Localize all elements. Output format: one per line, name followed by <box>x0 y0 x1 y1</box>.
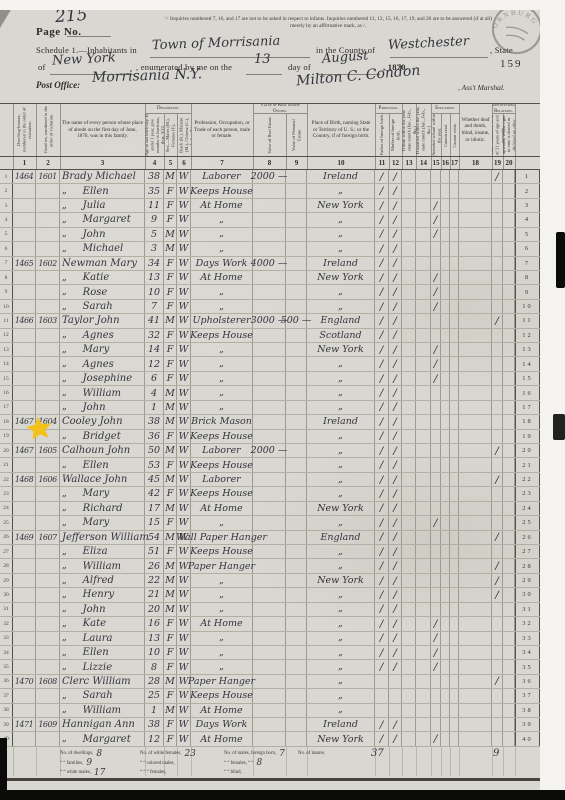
footer-column-line <box>416 747 417 776</box>
column-header-15: Attended school within the year. <box>431 114 441 156</box>
ditto-mark: „ <box>338 547 343 557</box>
cell-cannot-write <box>450 675 459 688</box>
cell-real-estate-value <box>253 502 286 515</box>
table-row: 9„Rose10FW„„///9 <box>0 285 540 299</box>
tick-male-citizen-21 <box>492 502 503 515</box>
footer-total-label: “ “ white males, <box>60 770 91 775</box>
ditto-mark: „ <box>338 604 343 614</box>
row-number-right: 30 <box>515 588 540 601</box>
top-margin <box>0 0 565 10</box>
row-number-right: 28 <box>515 559 540 572</box>
row-number-left: 3 <box>0 199 13 212</box>
cell-occupation: At Home <box>191 199 253 212</box>
cell-real-estate-value <box>253 300 286 313</box>
row-number-left: 8 <box>0 271 13 284</box>
page-no-underline <box>67 36 111 37</box>
cell-family-number: 1607 <box>36 531 60 544</box>
cell-age: 41 <box>145 314 164 327</box>
tick-attended-school <box>431 184 441 197</box>
cell-cannot-write <box>450 343 459 356</box>
cell-personal-estate-value <box>286 646 307 659</box>
cell-name: „Sarah <box>60 300 145 313</box>
cell-dwelling-number <box>13 646 36 659</box>
column-header-text: Profession, Occupation, or Trade of each… <box>191 119 253 141</box>
cell-family-number <box>36 271 60 284</box>
surname-ditto-mark: „ <box>62 518 67 528</box>
person-name-text: Jefferson William <box>62 532 149 543</box>
day-of-label: day of <box>288 62 311 72</box>
cell-birthplace: „ <box>307 184 375 197</box>
cell-birthplace: „ <box>307 675 375 688</box>
cell-occupation: At Home <box>191 617 253 630</box>
tick-male-citizen-21 <box>492 199 503 212</box>
cell-birth-month <box>402 329 416 342</box>
tick-male-citizen-21 <box>492 401 503 414</box>
footer-totals-block: No. of males, foreign born,7“ “ females,… <box>224 749 285 778</box>
column-header-8: Value of Real Estate. <box>253 114 286 156</box>
cell-color: W <box>177 314 191 327</box>
footer-total-line: No. of males, foreign born,7 <box>224 749 285 759</box>
cell-birth-month <box>402 458 416 471</box>
cell-occupation: „ <box>191 300 253 313</box>
cell-birthplace: „ <box>307 357 375 370</box>
cell-cannot-write <box>450 329 459 342</box>
ditto-mark: „ <box>338 705 343 715</box>
cell-personal-estate-value <box>286 415 307 428</box>
person-name-text: Ellen <box>83 647 109 658</box>
tick-mother-foreign-born: / <box>389 430 402 443</box>
row-number-left: 18 <box>0 415 13 428</box>
cell-age: 1 <box>145 704 164 717</box>
cell-birthplace: „ <box>307 458 375 471</box>
cell-cannot-write <box>450 170 459 183</box>
post-office-label: Post Office: <box>36 80 80 90</box>
ditto-mark: „ <box>219 662 224 672</box>
ditto-mark: „ <box>338 489 343 499</box>
row-number-right: 21 <box>515 458 540 471</box>
ditto-mark: „ <box>338 229 343 239</box>
cell-sex: F <box>164 213 177 226</box>
cell-family-number <box>36 603 60 616</box>
footer-male-citizens-total: 9 <box>493 748 499 759</box>
cell-age: 4 <box>145 386 164 399</box>
tick-mother-foreign-born: / <box>389 574 402 587</box>
tick-attended-school <box>431 718 441 731</box>
tick-mother-foreign-born: / <box>389 559 402 572</box>
tick-father-foreign-born: / <box>375 314 389 327</box>
tick-male-citizen-21 <box>492 285 503 298</box>
table-row: 3„Julia11FWAt HomeNew York///3 <box>0 199 540 213</box>
ditto-mark: „ <box>338 431 343 441</box>
cell-birthplace: „ <box>307 704 375 717</box>
tick-father-foreign-born: / <box>375 545 389 558</box>
cell-occupation: At Home <box>191 502 253 515</box>
surname-ditto-mark: „ <box>62 431 67 441</box>
cell-family-number <box>36 458 60 471</box>
cell-dwelling-number <box>13 285 36 298</box>
cell-name: „Josephine <box>60 372 145 385</box>
cell-family-number <box>36 386 60 399</box>
cell-personal-estate-value <box>286 372 307 385</box>
footer-total-line: “ “ “ females, <box>140 768 196 778</box>
tick-mother-foreign-born: / <box>389 732 402 745</box>
cell-personal-estate-value <box>286 430 307 443</box>
cell-real-estate-value <box>253 430 286 443</box>
cell-cannot-write <box>450 271 459 284</box>
cell-sex: M <box>164 675 177 688</box>
cell-deaf-dumb-blind <box>459 415 492 428</box>
cell-age: 10 <box>145 285 164 298</box>
cell-birthplace: Ireland <box>307 257 375 270</box>
cell-name: „Julia <box>60 199 145 212</box>
cell-vote-denied <box>503 617 515 630</box>
tick-father-foreign-born: / <box>375 632 389 645</box>
cell-sex: M <box>164 242 177 255</box>
surname-ditto-mark: „ <box>62 374 67 384</box>
cell-real-estate-value <box>253 372 286 385</box>
cell-name: Hannigan Ann <box>60 718 145 731</box>
table-row: 16„William4MW„„//16 <box>0 386 540 400</box>
cell-vote-denied <box>503 213 515 226</box>
cell-color: W <box>177 343 191 356</box>
tick-male-citizen-21 <box>492 516 503 529</box>
table-row: 5„John5MW„„///5 <box>0 228 540 242</box>
tick-mother-foreign-born: / <box>389 213 402 226</box>
cell-cannot-write <box>450 242 459 255</box>
column-header-text: Value of Real Estate. <box>267 116 272 154</box>
tick-mother-foreign-born: / <box>389 516 402 529</box>
row-number-right: 24 <box>515 502 540 515</box>
tick-father-foreign-born: / <box>375 372 389 385</box>
cell-color: W <box>177 516 191 529</box>
column-number: 5 <box>164 156 177 169</box>
cell-dwelling-number <box>13 617 36 630</box>
cell-birthplace: New York <box>307 271 375 284</box>
tick-attended-school: / <box>431 632 441 645</box>
tick-male-citizen-21 <box>492 257 503 270</box>
tick-father-foreign-born: / <box>375 415 389 428</box>
cell-real-estate-value <box>253 732 286 745</box>
cell-personal-estate-value <box>286 300 307 313</box>
cell-personal-estate-value <box>286 718 307 731</box>
cell-birth-month <box>402 170 416 183</box>
tick-male-citizen-21: / <box>492 675 503 688</box>
tick-male-citizen-21 <box>492 386 503 399</box>
tick-attended-school <box>431 603 441 616</box>
cell-family-number <box>36 401 60 414</box>
row-number-right: 31 <box>515 603 540 616</box>
cell-color: W <box>177 199 191 212</box>
ditto-mark: „ <box>219 633 224 643</box>
column-number: 17 <box>450 156 459 169</box>
cell-name: „Ellen <box>60 646 145 659</box>
scanned-census-page: { "header": { "page_label": "Page No.", … <box>0 0 565 800</box>
cell-birth-month <box>402 502 416 515</box>
tick-mother-foreign-born: / <box>389 588 402 601</box>
cell-deaf-dumb-blind <box>459 675 492 688</box>
cell-age: 13 <box>145 632 164 645</box>
cell-sex: M <box>164 386 177 399</box>
row-number-right: 11 <box>515 314 540 327</box>
tick-male-citizen-21: / <box>492 574 503 587</box>
cell-family-number <box>36 660 60 673</box>
cell-vote-denied <box>503 632 515 645</box>
cell-birth-month <box>402 603 416 616</box>
cell-personal-estate-value <box>286 401 307 414</box>
cell-family-number: 1601 <box>36 170 60 183</box>
cell-deaf-dumb-blind <box>459 574 492 587</box>
row-number-right: 25 <box>515 516 540 529</box>
cell-vote-denied <box>503 458 515 471</box>
cell-birth-month <box>402 372 416 385</box>
column-number: 18 <box>459 156 492 169</box>
cell-vote-denied <box>503 574 515 587</box>
row-number-left: 31 <box>0 603 13 616</box>
cell-personal-estate-value <box>286 184 307 197</box>
cell-dwelling-number <box>13 660 36 673</box>
cell-dwelling-number <box>13 386 36 399</box>
month-handwritten: August <box>322 48 369 66</box>
person-name-text: John <box>83 402 106 413</box>
table-row: 14„Agnes12FW„„///14 <box>0 357 540 371</box>
cell-deaf-dumb-blind <box>459 444 492 457</box>
cell-dwelling-number <box>13 632 36 645</box>
cell-deaf-dumb-blind <box>459 718 492 731</box>
cell-cannot-read <box>441 646 450 659</box>
cell-deaf-dumb-blind <box>459 632 492 645</box>
cell-age: 28 <box>145 675 164 688</box>
cell-cannot-read <box>441 415 450 428</box>
table-row: 2014671605Calhoun John50MWLaborer2000 —„… <box>0 444 540 458</box>
cell-name: „William <box>60 386 145 399</box>
cell-personal-estate-value <box>286 732 307 745</box>
tick-father-foreign-born: / <box>375 718 389 731</box>
cell-occupation: Keeps House <box>191 184 253 197</box>
tick-male-citizen-21 <box>492 732 503 745</box>
cell-vote-denied <box>503 689 515 702</box>
person-name-text: Wallace John <box>62 474 127 485</box>
cell-cannot-read <box>441 430 450 443</box>
cell-real-estate-value <box>253 574 286 587</box>
cell-birth-month <box>402 473 416 486</box>
cell-dwelling-number <box>13 213 36 226</box>
person-name-text: Alfred <box>83 575 114 586</box>
cell-cannot-write <box>450 444 459 457</box>
cell-name: „Mary <box>60 516 145 529</box>
cell-marriage-month <box>416 617 431 630</box>
row-number-left: 37 <box>0 689 13 702</box>
surname-ditto-mark: „ <box>62 489 67 499</box>
column-number: 6 <box>177 156 191 169</box>
cell-marriage-month <box>416 574 431 587</box>
row-number-right: 1 <box>515 170 540 183</box>
cell-cannot-read <box>441 574 450 587</box>
cell-dwelling-number <box>13 458 36 471</box>
cell-vote-denied <box>503 329 515 342</box>
cell-dwelling-number <box>13 372 36 385</box>
person-name-text: William <box>83 388 121 399</box>
cell-vote-denied <box>503 228 515 241</box>
cell-real-estate-value <box>253 689 286 702</box>
tick-attended-school: / <box>431 213 441 226</box>
cell-age: 14 <box>145 343 164 356</box>
marshal-label: , Ass't Marshal. <box>458 83 505 92</box>
cell-marriage-month <box>416 718 431 731</box>
tick-father-foreign-born <box>375 689 389 702</box>
table-body: 114641601Brady Michael38MWLaborer2000 —I… <box>0 169 540 747</box>
column-header-text: Dwelling-houses, numbered in the order o… <box>16 105 32 155</box>
cell-real-estate-value <box>253 343 286 356</box>
cell-marriage-month <box>416 473 431 486</box>
ditto-mark: „ <box>219 576 224 586</box>
footer-column-line <box>389 747 390 776</box>
county-underline <box>390 57 488 58</box>
tick-male-citizen-21 <box>492 372 503 385</box>
tick-male-citizen-21 <box>492 329 503 342</box>
surname-ditto-mark: „ <box>62 244 67 254</box>
row-number-right: 23 <box>515 487 540 500</box>
footer-total-value: 23 <box>184 749 195 759</box>
cell-cannot-read <box>441 386 450 399</box>
surname-ditto-mark: „ <box>62 186 67 196</box>
cell-deaf-dumb-blind <box>459 458 492 471</box>
ditto-mark: „ <box>338 648 343 658</box>
cell-cannot-read <box>441 444 450 457</box>
tick-male-citizen-21 <box>492 271 503 284</box>
cell-dwelling-number <box>13 516 36 529</box>
ditto-mark: „ <box>338 215 343 225</box>
tick-mother-foreign-born: / <box>389 170 402 183</box>
cell-vote-denied <box>503 603 515 616</box>
row-number-right: 38 <box>515 704 540 717</box>
cell-birthplace: „ <box>307 646 375 659</box>
cell-deaf-dumb-blind <box>459 646 492 659</box>
column-header-text: Male Citizens of U. S. of 21 years of ag… <box>503 114 515 156</box>
ditto-mark: „ <box>338 446 343 456</box>
table-row: 1114661603Taylor John41MWUpholsterer3000… <box>0 314 540 328</box>
table-row: 3614701608Clerc William28MWPaper Hanger„… <box>0 675 540 689</box>
cell-color: W <box>177 689 191 702</box>
cell-cannot-read <box>441 300 450 313</box>
cell-family-number <box>36 329 60 342</box>
cell-color: W <box>177 444 191 457</box>
surname-ditto-mark: „ <box>62 460 67 470</box>
person-name-text: Richard <box>83 503 123 514</box>
footer-total-line: No. of white females,23 <box>140 749 196 759</box>
cell-occupation: „ <box>191 632 253 645</box>
cell-color: W <box>177 401 191 414</box>
ditto-mark: „ <box>338 561 343 571</box>
cell-age: 6 <box>145 372 164 385</box>
cell-marriage-month <box>416 516 431 529</box>
cell-occupation: „ <box>191 242 253 255</box>
person-name-text: Agnes <box>83 330 114 341</box>
row-number-right: 26 <box>515 531 540 544</box>
cell-family-number <box>36 213 60 226</box>
tick-attended-school <box>431 401 441 414</box>
cell-deaf-dumb-blind <box>459 487 492 500</box>
cell-sex: M <box>164 531 177 544</box>
cell-sex: F <box>164 300 177 313</box>
table-row: 8„Katie13FWAt HomeNew York///8 <box>0 271 540 285</box>
cell-birthplace: Ireland <box>307 415 375 428</box>
cell-birth-month <box>402 285 416 298</box>
row-number-left: 32 <box>0 617 13 630</box>
cell-dwelling-number <box>13 559 36 572</box>
row-number-left: 16 <box>0 386 13 399</box>
table-row: 15„Josephine6FW„„///15 <box>0 372 540 386</box>
cell-real-estate-value <box>253 646 286 659</box>
cell-cannot-write <box>450 285 459 298</box>
tick-attended-school <box>431 257 441 270</box>
cell-cannot-read <box>441 228 450 241</box>
cell-sex: M <box>164 473 177 486</box>
cell-vote-denied <box>503 444 515 457</box>
tick-attended-school: / <box>431 199 441 212</box>
cell-deaf-dumb-blind <box>459 732 492 745</box>
footer-total-line: “ “ white males,17 <box>60 768 105 778</box>
footer-column-line <box>503 747 504 776</box>
person-name-text: Cooley John <box>62 416 123 427</box>
cell-birth-month <box>402 588 416 601</box>
row-number-left: 38 <box>0 704 13 717</box>
cell-vote-denied <box>503 170 515 183</box>
tick-mother-foreign-born: / <box>389 718 402 731</box>
footer-total-label: No. of males, foreign born, <box>224 751 276 756</box>
cell-name: „Agnes <box>60 329 145 342</box>
column-header-text: Whether deaf and dumb, blind, insane, or… <box>459 116 492 145</box>
ditto-mark: „ <box>219 244 224 254</box>
tick-male-citizen-21: / <box>492 444 503 457</box>
table-row: 29„Alfred22MW„New York///29 <box>0 574 540 588</box>
cell-cannot-write <box>450 516 459 529</box>
row-number-left: 25 <box>0 516 13 529</box>
cell-cannot-write <box>450 473 459 486</box>
cell-real-estate-value <box>253 516 286 529</box>
cell-color: W <box>177 357 191 370</box>
table-row: 13„Mary14FW„New York///13 <box>0 343 540 357</box>
sheet-number: 159 <box>500 58 523 70</box>
column-number: 3 <box>60 156 145 169</box>
footer-total-label: No. of white females, <box>140 751 181 756</box>
cell-sex: F <box>164 343 177 356</box>
cell-marriage-month <box>416 300 431 313</box>
tick-father-foreign-born: / <box>375 329 389 342</box>
column-header-text: Attended school within the year. <box>431 114 441 156</box>
surname-ditto-mark: „ <box>62 402 67 412</box>
ditto-mark: „ <box>219 229 224 239</box>
cell-deaf-dumb-blind <box>459 689 492 702</box>
cell-real-estate-value: 2000 — <box>253 444 286 457</box>
footer-total-label: No. of insane, <box>298 751 325 756</box>
cell-occupation: Keeps House <box>191 329 253 342</box>
cell-vote-denied <box>503 545 515 558</box>
cell-birth-month <box>402 386 416 399</box>
row-number-right: 7 <box>515 257 540 270</box>
cell-birth-month <box>402 516 416 529</box>
cell-marriage-month <box>416 646 431 659</box>
tick-father-foreign-born: / <box>375 401 389 414</box>
cell-birth-month <box>402 199 416 212</box>
cell-occupation: „ <box>191 213 253 226</box>
row-number-left: 30 <box>0 588 13 601</box>
cell-real-estate-value <box>253 487 286 500</box>
cell-sex: F <box>164 545 177 558</box>
cell-occupation: „ <box>191 357 253 370</box>
cell-color: W <box>177 257 191 270</box>
cell-age: 17 <box>145 502 164 515</box>
cell-deaf-dumb-blind <box>459 559 492 572</box>
